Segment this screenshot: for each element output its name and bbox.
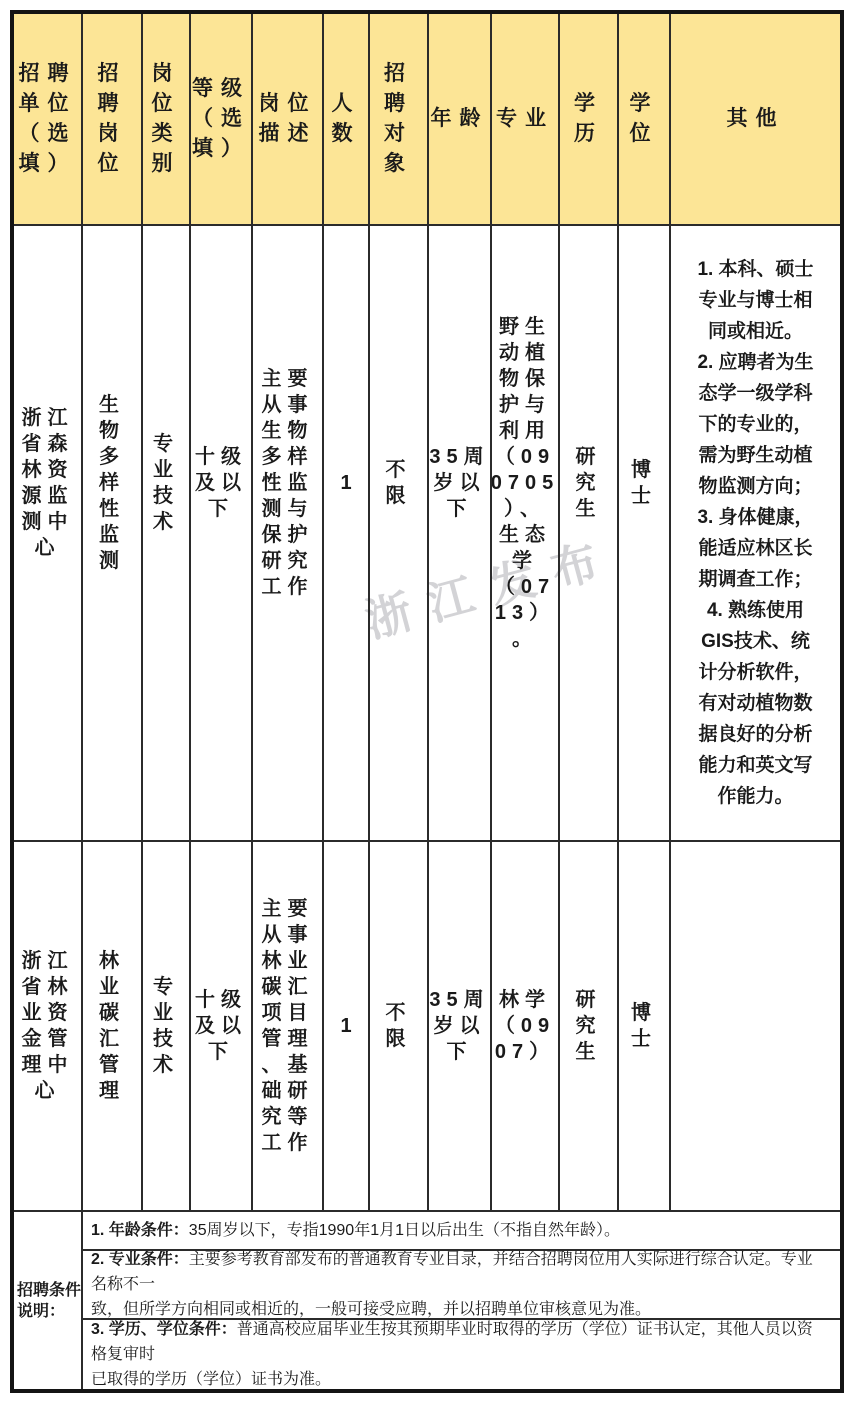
header-label-degree: 学 位 <box>630 89 659 149</box>
header-label-position: 招 聘 岗 位 <box>98 59 127 179</box>
header-label-description: 岗位 描述 <box>259 89 317 149</box>
row1-category-cell: 专 业 技 术 <box>143 226 191 842</box>
row2-degree-value: 博 士 <box>631 1000 657 1052</box>
header-label-other: 其他 <box>727 104 785 134</box>
row1-major-value: 野生 动植 物保 护与 利用 （09 0705 ）、 生态 学 （07 13） … <box>492 314 559 652</box>
positions-grid: 招聘 单位 （选 填） 招 聘 岗 位 岗 位 类 别 等级 （选 填） 岗位 … <box>14 14 840 1212</box>
row1-major-cell: 野生 动植 物保 护与 利用 （09 0705 ）、 生态 学 （07 13） … <box>492 226 560 842</box>
note-age-condition: 1. 年龄条件：35周岁以下，专指1990年1月1日以后出生（不指自然年龄）。 <box>83 1212 840 1251</box>
header-cell-unit: 招聘 单位 （选 填） <box>14 14 83 226</box>
row1-unit-value: 浙江 省森 林资 源监 测中 心 <box>22 405 74 561</box>
row2-category-cell: 专 业 技 术 <box>143 842 191 1212</box>
note-degree-condition: 3. 学历、学位条件：普通高校应届毕业生按其预期毕业时取得的学历（学位）证书认定… <box>83 1320 840 1389</box>
header-cell-degree: 学 位 <box>619 14 671 226</box>
row1-grade-cell: 十级 及以 下 <box>191 226 253 842</box>
header-cell-category: 岗 位 类 别 <box>143 14 191 226</box>
row1-position-cell: 生 物 多 样 性 监 测 <box>83 226 143 842</box>
note-major-lead: 2. 专业条件： <box>91 1251 189 1268</box>
note-degree-text: 3. 学历、学位条件：普通高校应届毕业生按其预期毕业时取得的学历（学位）证书认定… <box>91 1320 828 1389</box>
notes-section: 招聘条件 说明： 1. 年龄条件：35周岁以下，专指1990年1月1日以后出生（… <box>14 1212 840 1389</box>
row2-grade-value: 十级 及以 下 <box>195 987 247 1065</box>
note-age-body: 35周岁以下，专指1990年1月1日以后出生（不指自然年龄）。 <box>189 1222 620 1239</box>
row2-major-cell: 林学 （09 07） <box>492 842 560 1212</box>
row1-description-value: 主要 从事 生物 多样 性监 测与 保护 研究 工作 <box>262 366 314 600</box>
row1-headcount-cell: 1 <box>324 226 370 842</box>
row2-degree-cell: 博 士 <box>619 842 671 1212</box>
row2-target-value: 不 限 <box>386 1000 412 1052</box>
row1-category-value: 专 业 技 术 <box>153 431 179 535</box>
header-label-headcount: 人 数 <box>332 89 361 149</box>
row1-position-value: 生 物 多 样 性 监 测 <box>99 392 125 574</box>
row2-age-value: 35周 岁以 下 <box>429 987 489 1065</box>
row1-degree-cell: 博 士 <box>619 226 671 842</box>
header-cell-headcount: 人 数 <box>324 14 370 226</box>
row2-other-cell <box>671 842 840 1212</box>
header-label-grade: 等级 （选 填） <box>192 74 250 164</box>
note-major-text: 2. 专业条件：主要参考教育部发布的普通教育专业目录，并结合招聘岗位用人实际进行… <box>91 1251 828 1320</box>
row1-description-cell: 主要 从事 生物 多样 性监 测与 保护 研究 工作 <box>253 226 324 842</box>
row1-target-value: 不 限 <box>386 457 412 509</box>
row1-degree-value: 博 士 <box>631 457 657 509</box>
row2-headcount-value: 1 <box>340 1013 351 1039</box>
header-cell-grade: 等级 （选 填） <box>191 14 253 226</box>
row2-description-value: 主要 从事 林业 碳汇 项目 管理 、基 础研 究等 工作 <box>262 896 314 1156</box>
note-major-body: 主要参考教育部发布的普通教育专业目录，并结合招聘岗位用人实际进行综合认定。专业名… <box>91 1251 813 1318</box>
row1-education-cell: 研 究 生 <box>560 226 619 842</box>
note-age-text: 1. 年龄条件：35周岁以下，专指1990年1月1日以后出生（不指自然年龄）。 <box>91 1218 620 1243</box>
row1-age-value: 35周 岁以 下 <box>429 444 489 522</box>
header-cell-age: 年龄 <box>429 14 492 226</box>
header-cell-other: 其他 <box>671 14 840 226</box>
header-label-target: 招 聘 对 象 <box>384 59 413 179</box>
header-label-unit: 招聘 单位 （选 填） <box>19 59 77 179</box>
notes-label-text: 招聘条件 说明： <box>17 1280 81 1322</box>
row1-age-cell: 35周 岁以 下 <box>429 226 492 842</box>
row1-grade-value: 十级 及以 下 <box>195 444 247 522</box>
header-label-education: 学 历 <box>574 89 603 149</box>
row1-other-cell: 1. 本科、硕士 专业与博士相 同或相近。 2. 应聘者为生 态学一级学科 下的… <box>671 226 840 842</box>
row1-target-cell: 不 限 <box>370 226 429 842</box>
header-label-major: 专业 <box>496 104 554 134</box>
header-label-age: 年龄 <box>431 104 489 134</box>
row1-unit-cell: 浙江 省森 林资 源监 测中 心 <box>14 226 83 842</box>
header-cell-target: 招 聘 对 象 <box>370 14 429 226</box>
row2-description-cell: 主要 从事 林业 碳汇 项目 管理 、基 础研 究等 工作 <box>253 842 324 1212</box>
header-cell-description: 岗位 描述 <box>253 14 324 226</box>
row1-other-value: 1. 本科、硕士 专业与博士相 同或相近。 2. 应聘者为生 态学一级学科 下的… <box>697 254 813 812</box>
row2-major-value: 林学 （09 07） <box>495 987 555 1065</box>
row2-position-value: 林 业 碳 汇 管 理 <box>99 948 125 1104</box>
note-degree-lead: 3. 学历、学位条件： <box>91 1321 237 1338</box>
note-age-lead: 1. 年龄条件： <box>91 1222 189 1239</box>
row2-category-value: 专 业 技 术 <box>153 974 179 1078</box>
row2-unit-cell: 浙江 省林 业资 金管 理中 心 <box>14 842 83 1212</box>
header-cell-education: 学 历 <box>560 14 619 226</box>
header-label-category: 岗 位 类 别 <box>152 59 181 179</box>
note-major-condition: 2. 专业条件：主要参考教育部发布的普通教育专业目录，并结合招聘岗位用人实际进行… <box>83 1251 840 1320</box>
row2-position-cell: 林 业 碳 汇 管 理 <box>83 842 143 1212</box>
row1-headcount-value: 1 <box>340 470 351 496</box>
recruitment-table: 浙江发布 招聘 单位 （选 填） 招 聘 岗 位 岗 位 类 别 等级 （选 填… <box>10 10 844 1393</box>
row1-education-value: 研 究 生 <box>576 444 602 522</box>
row2-education-cell: 研 究 生 <box>560 842 619 1212</box>
row2-headcount-cell: 1 <box>324 842 370 1212</box>
row2-unit-value: 浙江 省林 业资 金管 理中 心 <box>22 948 74 1104</box>
row2-age-cell: 35周 岁以 下 <box>429 842 492 1212</box>
header-cell-position: 招 聘 岗 位 <box>83 14 143 226</box>
notes-label-cell: 招聘条件 说明： <box>14 1212 83 1389</box>
header-cell-major: 专业 <box>492 14 560 226</box>
row2-education-value: 研 究 生 <box>576 987 602 1065</box>
row2-target-cell: 不 限 <box>370 842 429 1212</box>
row2-grade-cell: 十级 及以 下 <box>191 842 253 1212</box>
